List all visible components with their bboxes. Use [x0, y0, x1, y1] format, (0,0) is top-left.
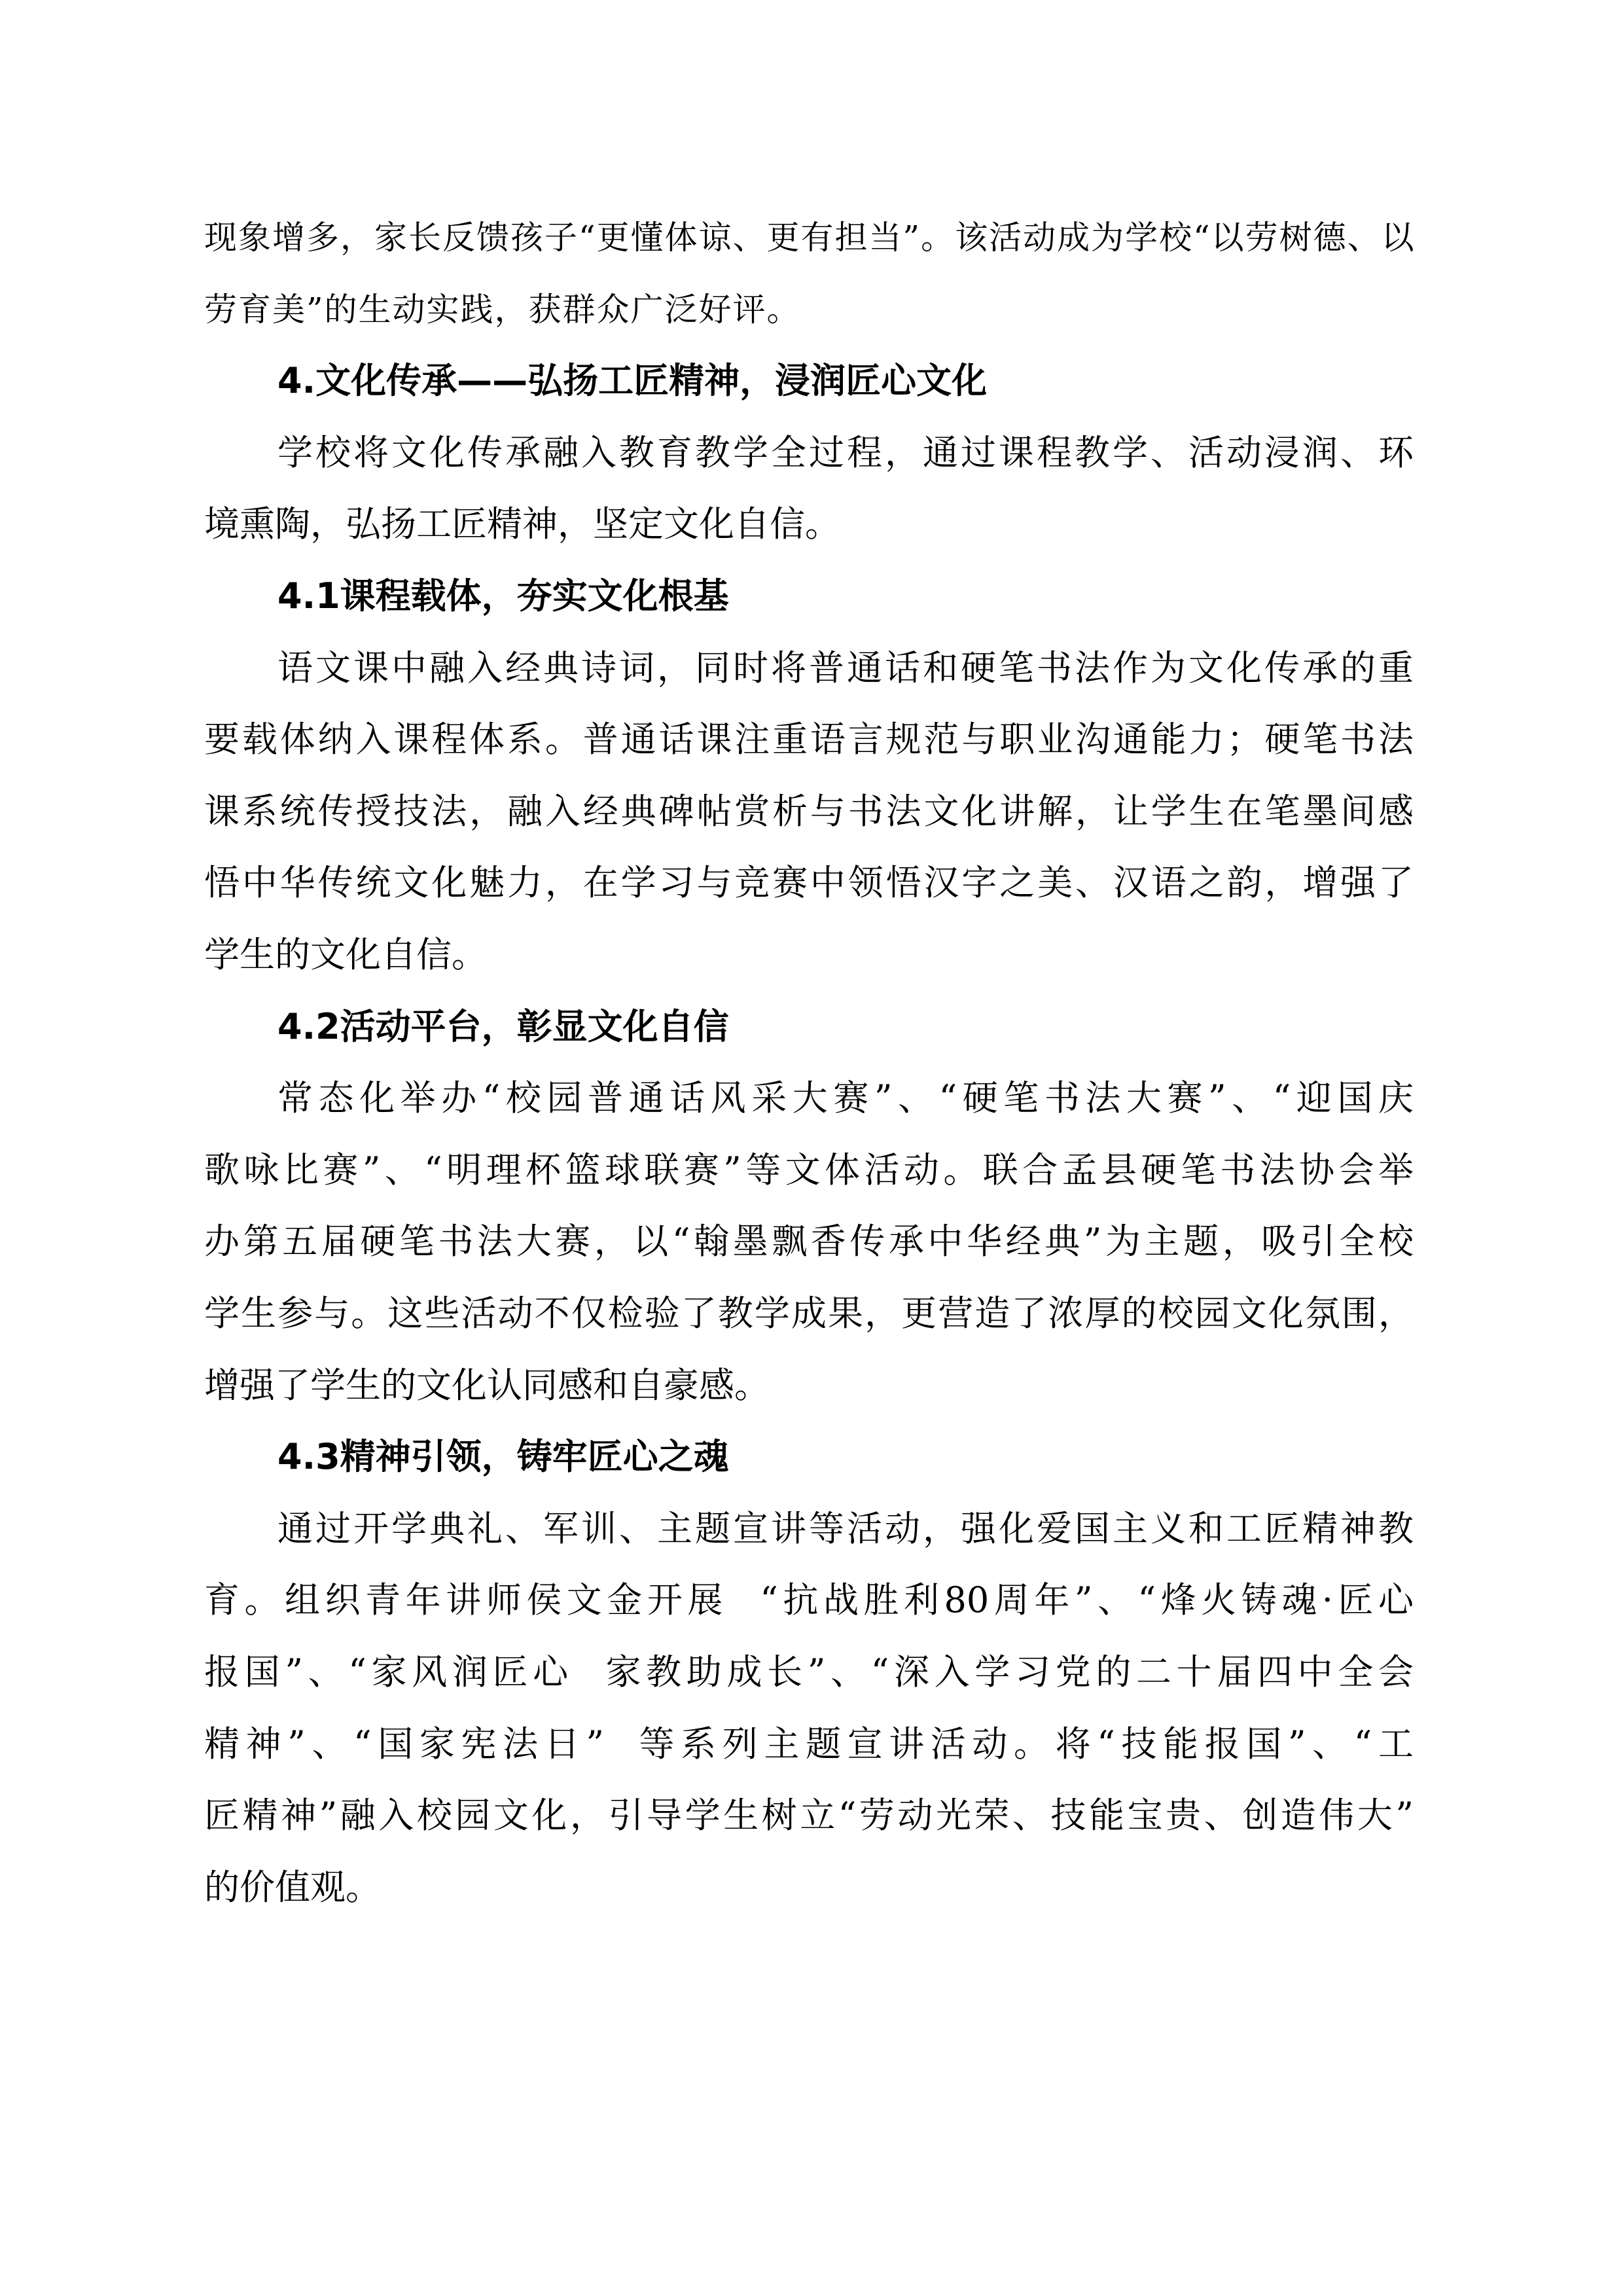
- paragraph-line: 增强了学生的文化认同感和自豪感。: [204, 1350, 1414, 1422]
- paragraph-line: 学生参与。这些活动不仅检验了教学成果，更营造了浓厚的校园文化氛围，: [204, 1278, 1414, 1350]
- subsection-heading-4-1: 4.1课程载体，夯实文化根基: [277, 560, 1414, 632]
- section-heading-4: 4.文化传承——弘扬工匠精神，浸润匠心文化: [277, 345, 1414, 417]
- paragraph-line: 劳育美”的生动实践，获群众广泛好评。: [204, 274, 1414, 346]
- paragraph-line: 通过开学典礼、军训、主题宣讲等活动，强化爱国主义和工匠精神教: [277, 1493, 1414, 1565]
- paragraph-line: 报国”、“家风润匠心 家教助成长”、“深入学习党的二十届四中全会: [204, 1636, 1414, 1708]
- subsection-heading-4-2: 4.2活动平台，彰显文化自信: [277, 991, 1414, 1063]
- paragraph-line: 常态化举办“校园普通话风采大赛”、“硬笔书法大赛”、“迎国庆: [277, 1062, 1414, 1134]
- paragraph-line: 要载体纳入课程体系。普通话课注重语言规范与职业沟通能力；硬笔书法: [204, 704, 1414, 776]
- paragraph-line: 境熏陶，弘扬工匠精神，坚定文化自信。: [204, 488, 1414, 560]
- paragraph-line: 育。组织青年讲师侯文金开展 “抗战胜利80周年”、“烽火铸魂·匠心: [204, 1564, 1414, 1636]
- paragraph-line: 学生的文化自信。: [204, 919, 1414, 991]
- subsection-heading-4-3: 4.3精神引领，铸牢匠心之魂: [277, 1421, 1414, 1493]
- paragraph-line: 的价值观。: [204, 1852, 1414, 1924]
- paragraph-line: 语文课中融入经典诗词，同时将普通话和硬笔书法作为文化传承的重: [277, 632, 1414, 704]
- paragraph-line: 悟中华传统文化魅力，在学习与竞赛中领悟汉字之美、汉语之韵，增强了: [204, 847, 1414, 919]
- document-page: 现象增多，家长反馈孩子“更懂体谅、更有担当”。该活动成为学校“以劳树德、以 劳育…: [0, 0, 1623, 2296]
- paragraph-line: 办第五届硬笔书法大赛，以“翰墨飘香传承中华经典”为主题，吸引全校: [204, 1206, 1414, 1278]
- paragraph-line: 课系统传授技法，融入经典碑帖赏析与书法文化讲解，让学生在笔墨间感: [204, 776, 1414, 848]
- paragraph-line: 学校将文化传承融入教育教学全过程，通过课程教学、活动浸润、环: [277, 417, 1414, 489]
- paragraph-line: 匠精神”融入校园文化，引导学生树立“劳动光荣、技能宝贵、创造伟大”: [204, 1780, 1414, 1852]
- paragraph-line: 现象增多，家长反馈孩子“更懂体谅、更有担当”。该活动成为学校“以劳树德、以: [204, 202, 1414, 274]
- paragraph-line: 歌咏比赛”、“明理杯篮球联赛”等文体活动。联合孟县硬笔书法协会举: [204, 1134, 1414, 1206]
- paragraph-line: 精神”、“国家宪法日” 等系列主题宣讲活动。将“技能报国”、“工: [204, 1708, 1414, 1780]
